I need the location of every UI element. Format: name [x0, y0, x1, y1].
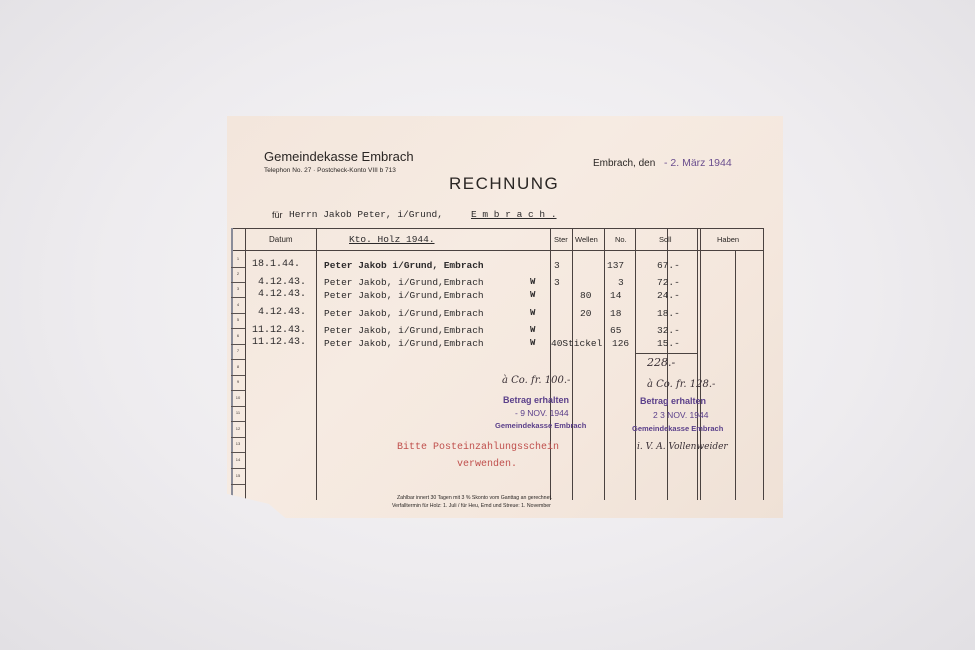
- table-header-border: [231, 250, 763, 251]
- col-header-wellen: Wellen: [575, 235, 598, 244]
- row-w-marker: W: [530, 338, 535, 348]
- row-number: 15: [233, 473, 243, 478]
- row-description: Peter Jakob, i/Grund,Embrach: [324, 290, 484, 301]
- row-number: 4: [233, 302, 243, 307]
- row-wellen: 20: [580, 308, 591, 319]
- col-header-no: No.: [615, 235, 627, 244]
- row-tick: [231, 313, 245, 314]
- row-number: 9: [233, 379, 243, 384]
- recipient-prefix: für: [272, 210, 283, 220]
- column-divider: [763, 228, 764, 500]
- stamp-received: Betrag erhalten: [503, 395, 569, 405]
- row-tick: [231, 437, 245, 438]
- column-divider: [550, 228, 551, 500]
- row-description: Peter Jakob i/Grund, Embrach: [324, 260, 484, 271]
- col-header-account: Kto. Holz 1944.: [349, 234, 435, 245]
- footer-terms-line2: Verfalltermin für Holz: 1. Juli / für He…: [392, 503, 551, 509]
- row-w-marker: W: [530, 277, 535, 287]
- row-date: 4.12.43.: [258, 289, 306, 300]
- row-soll: 72.-: [657, 277, 680, 288]
- col-header-ster: Ster: [554, 235, 568, 244]
- row-description: Peter Jakob, i/Grund,Embrach: [324, 338, 484, 349]
- stamp-date: 2 3 NOV. 1944: [653, 410, 708, 420]
- row-number: 1: [233, 256, 243, 261]
- handwritten-payment: à Co. fr. 128.-: [647, 379, 715, 390]
- row-date: 11.12.43.: [252, 325, 306, 336]
- row-date: 4.12.43.: [258, 307, 306, 318]
- payment-note-line2: verwenden.: [457, 459, 517, 470]
- stamp-org: Gemeindekasse Embrach: [632, 424, 723, 433]
- stamp-date: - 9 NOV. 1944: [515, 408, 569, 418]
- row-no: 126: [612, 338, 629, 349]
- row-tick: [231, 421, 245, 422]
- row-number: 7: [233, 348, 243, 353]
- date-stamp: - 2. März 1944: [664, 157, 732, 169]
- total-rule: [635, 353, 698, 354]
- row-ster: 40Stickel: [551, 338, 602, 349]
- row-date: 4.12.43.: [258, 277, 306, 288]
- row-date: 18.1.44.: [252, 259, 300, 270]
- col-header-haben: Haben: [717, 235, 739, 244]
- row-tick: [231, 468, 245, 469]
- row-number: 5: [233, 317, 243, 322]
- row-no: 14: [610, 290, 621, 301]
- row-number: 12: [233, 426, 243, 431]
- row-tick: [231, 452, 245, 453]
- row-tick: [231, 267, 245, 268]
- row-ster: 3: [554, 277, 560, 288]
- row-ster: 3: [554, 260, 560, 271]
- column-divider: [572, 228, 573, 500]
- row-w-marker: W: [530, 290, 535, 300]
- row-description: Peter Jakob, i/Grund,Embrach: [324, 277, 484, 288]
- recipient-name: Herrn Jakob Peter, i/Grund,: [289, 209, 443, 220]
- row-tick: [231, 375, 245, 376]
- stamp-received: Betrag erhalten: [640, 396, 706, 406]
- row-number: 10: [233, 395, 243, 400]
- org-contact: Telephon No. 27 · Postcheck-Konto VIII b…: [264, 167, 396, 174]
- row-description: Peter Jakob, i/Grund,Embrach: [324, 325, 484, 336]
- row-no: 137: [607, 260, 624, 271]
- table-top-border: [231, 228, 763, 229]
- row-soll: 18.-: [657, 308, 680, 319]
- signature: i. V. A. Vollenweider: [637, 442, 728, 452]
- column-divider: [635, 228, 636, 500]
- row-number: 3: [233, 286, 243, 291]
- row-soll: 67.-: [657, 260, 680, 271]
- column-divider: [697, 228, 698, 500]
- row-tick: [231, 406, 245, 407]
- row-tick: [231, 297, 245, 298]
- footer-terms-line1: Zahlbar innert 30 Tagen mit 3 % Skonto v…: [397, 495, 552, 501]
- col-header-datum: Datum: [269, 235, 293, 244]
- row-tick: [231, 390, 245, 391]
- handwritten-payment: à Co. fr. 100.-: [502, 375, 570, 386]
- invoice-document: Gemeindekasse Embrach Telephon No. 27 · …: [227, 116, 783, 518]
- row-tick: [231, 359, 245, 360]
- row-w-marker: W: [530, 308, 535, 318]
- row-number: 6: [233, 333, 243, 338]
- row-tick: [231, 282, 245, 283]
- row-number: 2: [233, 271, 243, 276]
- payment-note-line1: Bitte Posteinzahlungsschein: [397, 442, 559, 453]
- row-number: 8: [233, 364, 243, 369]
- stamp-org: Gemeindekasse Embrach: [495, 421, 586, 430]
- row-soll: 32.-: [657, 325, 680, 336]
- row-soll: 15.-: [657, 338, 680, 349]
- row-no: 3: [618, 277, 624, 288]
- row-soll: 24.-: [657, 290, 680, 301]
- col-header-soll: Soll: [659, 235, 672, 244]
- row-w-marker: W: [530, 325, 535, 335]
- row-tick: [231, 328, 245, 329]
- column-divider: [604, 228, 605, 500]
- place-date-label: Embrach, den: [593, 158, 655, 169]
- row-no: 65: [610, 325, 621, 336]
- row-date: 11.12.43.: [252, 337, 306, 348]
- row-no: 18: [610, 308, 621, 319]
- org-name: Gemeindekasse Embrach: [264, 149, 414, 164]
- row-tick: [231, 344, 245, 345]
- row-wellen: 80: [580, 290, 591, 301]
- column-divider: [735, 250, 736, 500]
- column-divider: [245, 228, 246, 500]
- column-divider: [700, 228, 701, 500]
- row-number: 14: [233, 457, 243, 462]
- row-tick: [231, 484, 245, 485]
- row-number: 13: [233, 441, 243, 446]
- recipient-town: E m b r a c h .: [471, 209, 557, 220]
- document-title: RECHNUNG: [449, 174, 559, 194]
- total-amount: 228.-: [647, 356, 675, 369]
- row-number: 11: [233, 410, 243, 415]
- row-description: Peter Jakob, i/Grund,Embrach: [324, 308, 484, 319]
- column-divider: [316, 228, 317, 500]
